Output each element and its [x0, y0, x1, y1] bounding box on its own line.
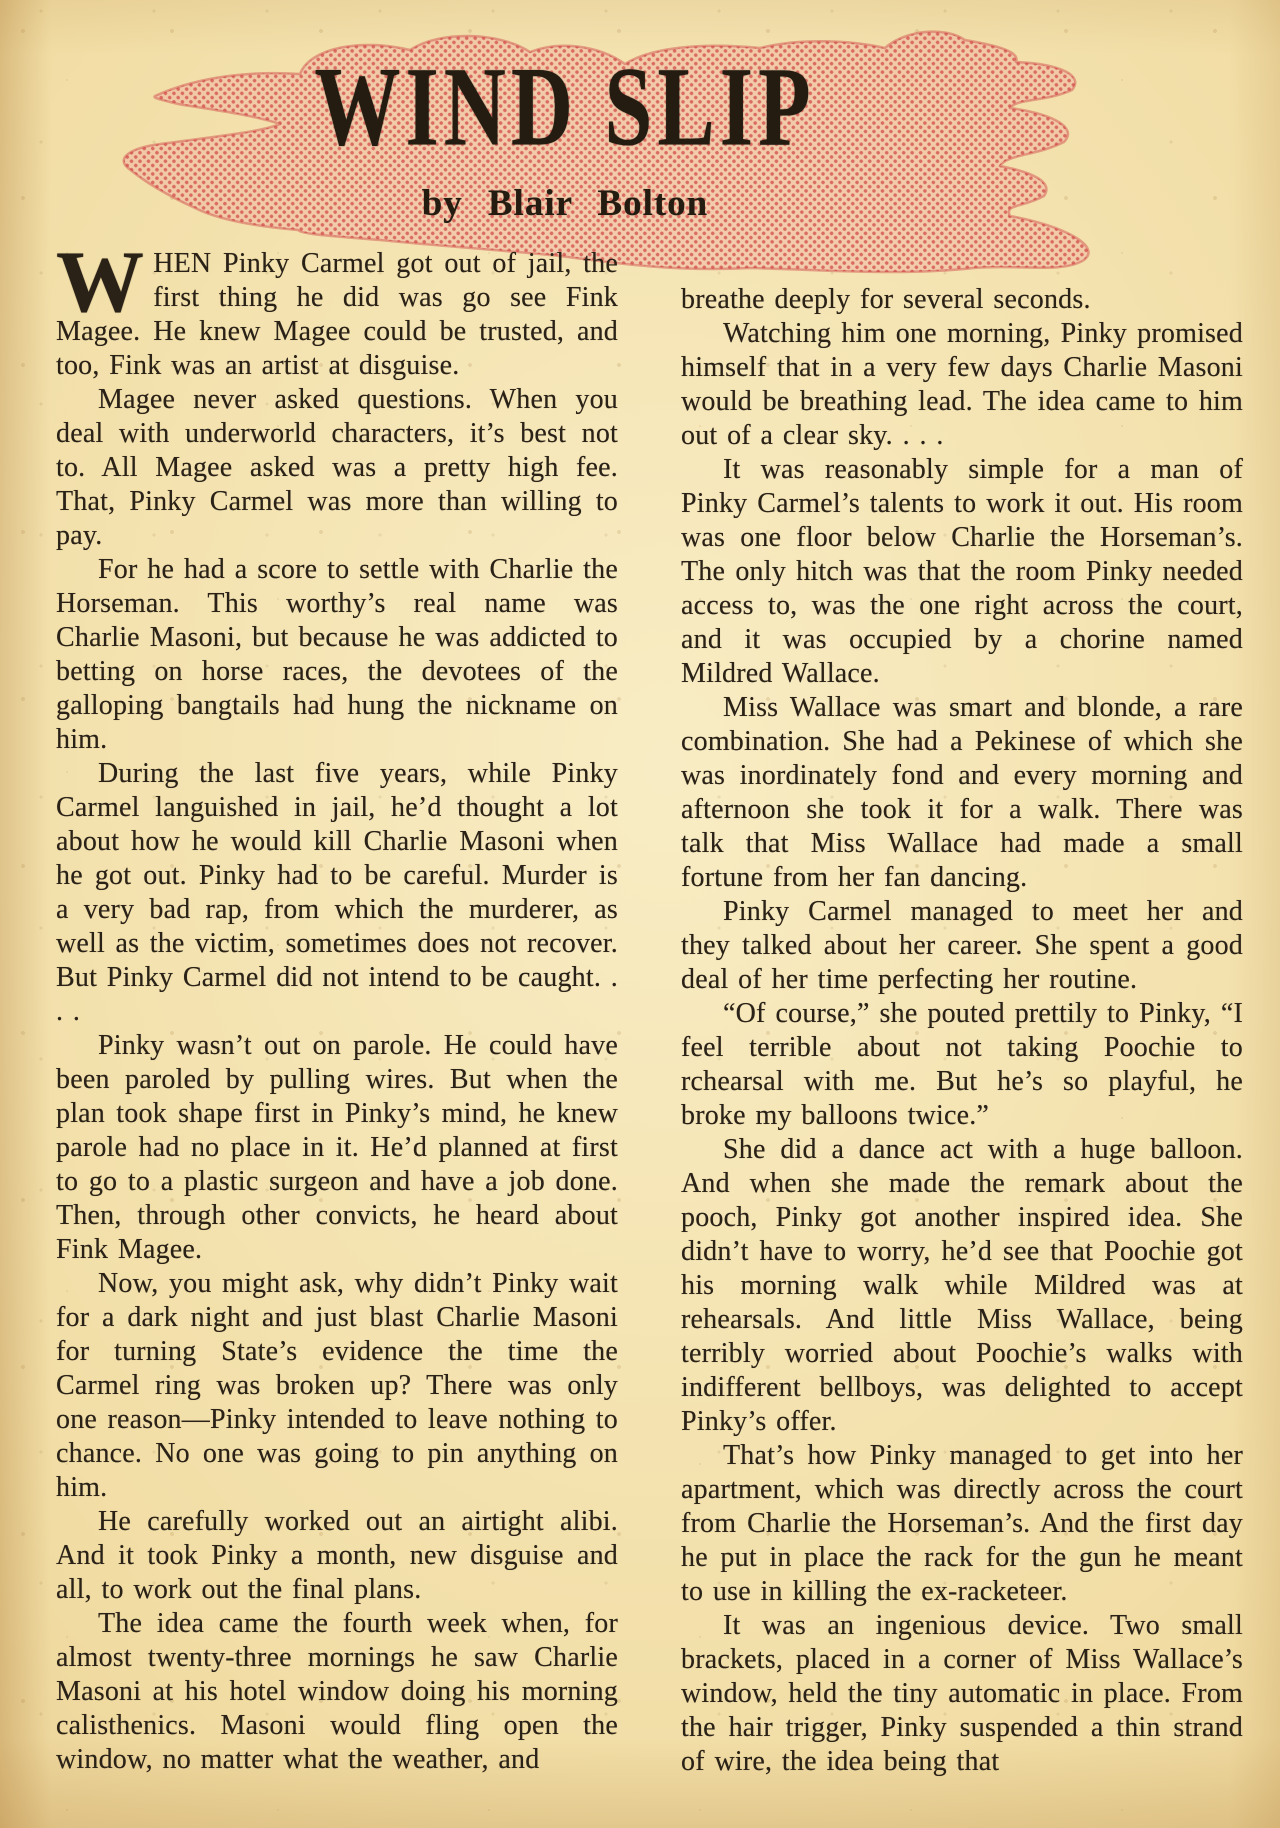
story-paragraph: It was reasonably simple for a man of Pi…	[681, 453, 1243, 691]
story-byline: by Blair Bolton	[60, 182, 1070, 225]
story-paragraph: That’s how Pinky managed to get into her…	[681, 1439, 1243, 1609]
story-paragraph: It was an ingenious device. Two small br…	[681, 1609, 1243, 1779]
story-paragraph: “Of course,” she pouted prettily to Pink…	[681, 997, 1243, 1133]
story-paragraph: The idea came the fourth week when, for …	[56, 1607, 618, 1777]
story-paragraph: Watching him one morning, Pinky promised…	[681, 317, 1243, 453]
column-left: WHEN Pinky Carmel got out of jail, the f…	[56, 247, 618, 1777]
story-paragraph: During the last five years, while Pinky …	[56, 757, 618, 1029]
magazine-page: WIND SLIP by Blair Bolton WHEN Pinky Car…	[0, 0, 1280, 1828]
story-paragraph: For he had a score to settle with Charli…	[56, 553, 618, 757]
story-paragraph: Now, you might ask, why didn’t Pinky wai…	[56, 1267, 618, 1505]
story-paragraph: WHEN Pinky Carmel got out of jail, the f…	[56, 247, 618, 383]
column-right: breathe deeply for several seconds.Watch…	[681, 283, 1243, 1779]
story-paragraph: Miss Wallace was smart and blonde, a rar…	[681, 691, 1243, 895]
drop-cap: W	[56, 247, 153, 314]
story-paragraph: Magee never asked questions. When you de…	[56, 383, 618, 553]
story-paragraph: Pinky wasn’t out on parole. He could hav…	[56, 1029, 618, 1267]
story-paragraph: Pinky Carmel managed to meet her and the…	[681, 895, 1243, 997]
story-paragraph: He carefully worked out an airtight alib…	[56, 1505, 618, 1607]
story-title: WIND SLIP	[60, 43, 1070, 170]
story-paragraph: She did a dance act with a huge balloon.…	[681, 1133, 1243, 1439]
story-paragraph: breathe deeply for several seconds.	[681, 283, 1243, 317]
